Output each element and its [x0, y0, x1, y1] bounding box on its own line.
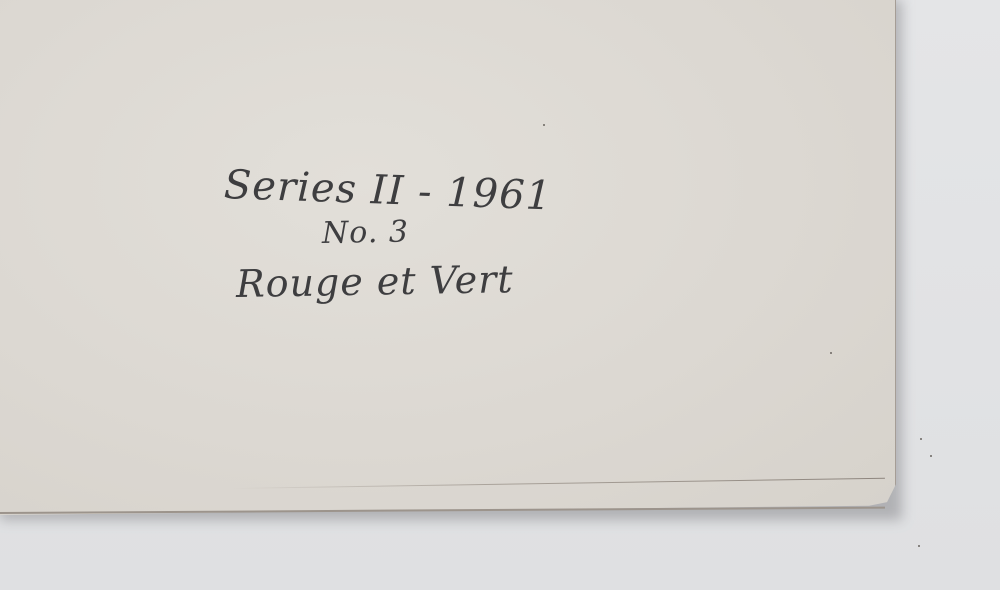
pencil-inscription: Series II - 1961 No. 3 Rouge et Vert: [222, 152, 692, 322]
paper-speck: [830, 352, 832, 354]
inscription-title-line: Rouge et Vert: [236, 257, 514, 306]
inscription-number-line: No. 3: [322, 214, 410, 251]
surface-speck: [918, 545, 920, 547]
paper-speck: [543, 124, 545, 126]
inscription-series-line: Series II - 1961: [223, 162, 553, 219]
surface-speck: [930, 455, 932, 457]
surface-speck: [920, 438, 922, 440]
